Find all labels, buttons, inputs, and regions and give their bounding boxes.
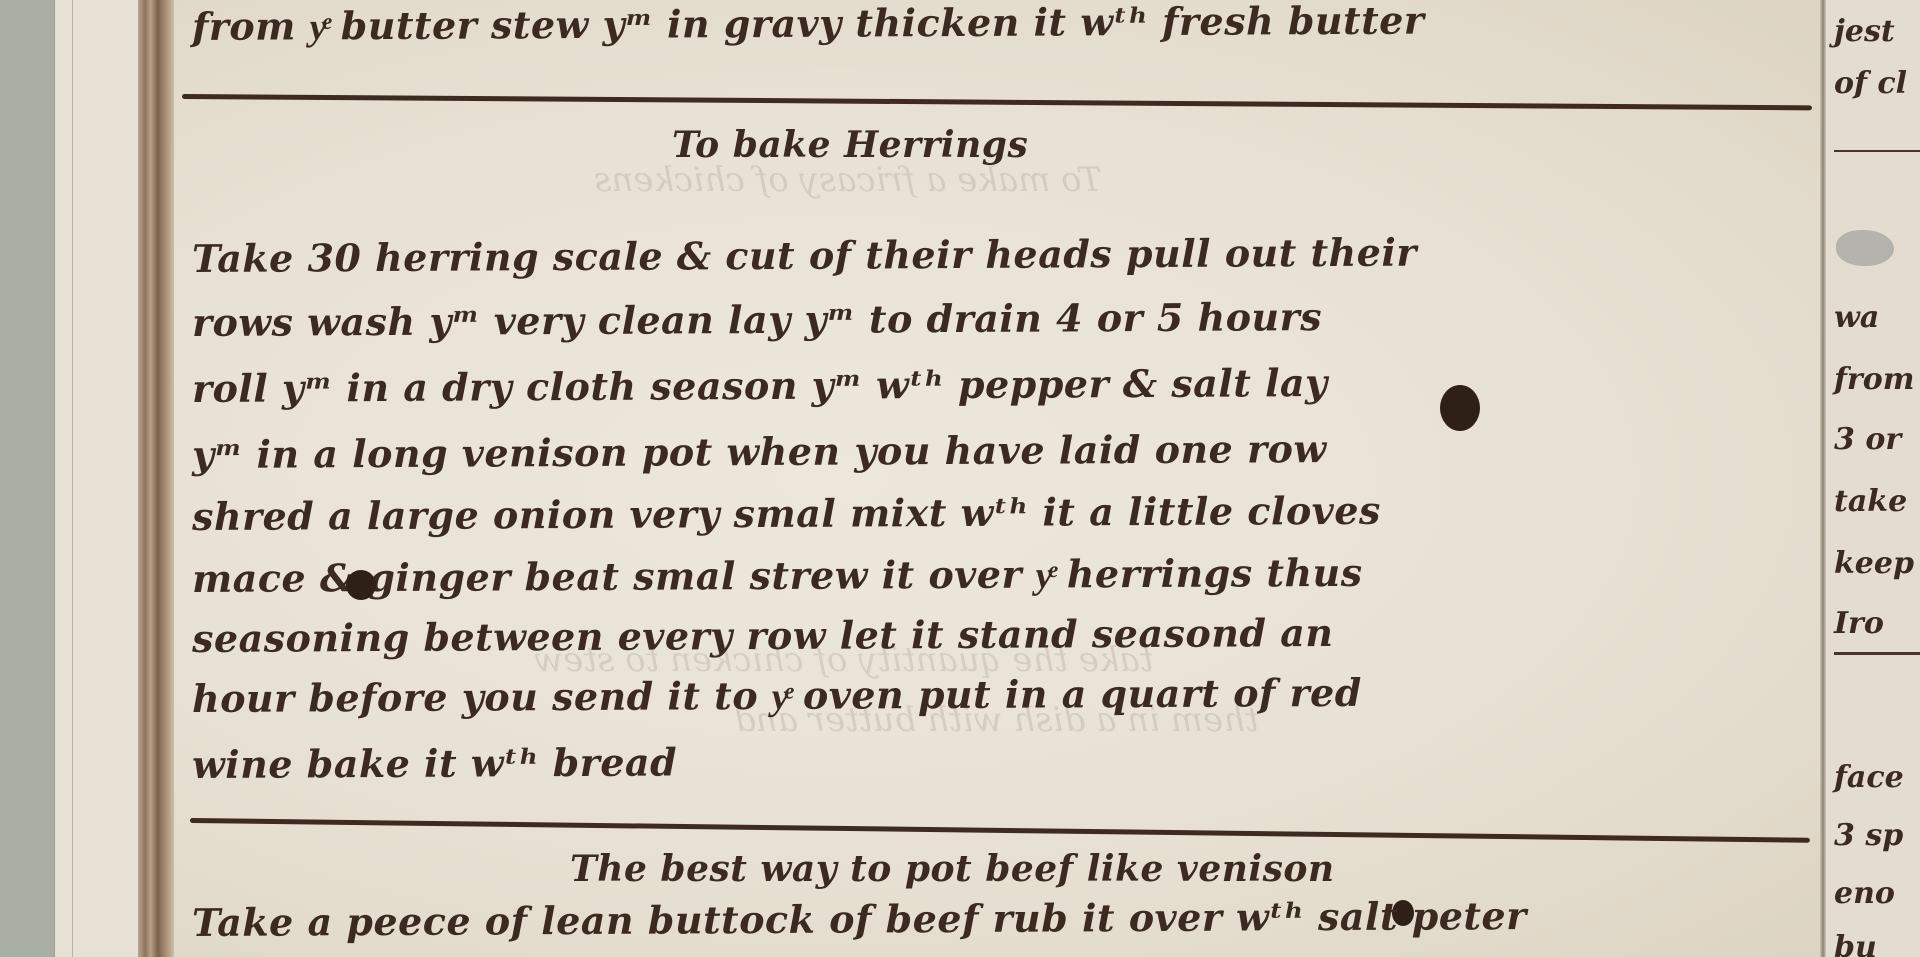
facing-page-margin: jest of cl wa from 3 or take keep Iro fa… <box>1826 0 1920 957</box>
recipe-line: roll yᵐ in a dry cloth season yᵐ wᵗʰ pep… <box>192 360 1328 411</box>
margin-divider <box>1834 150 1920 152</box>
recipe-line: hour before you send it to yͤ oven put i… <box>192 670 1362 722</box>
margin-line: keep <box>1834 546 1914 581</box>
ink-blot <box>1440 385 1480 431</box>
recipe-line: rows wash yᵐ very clean lay yᵐ to drain … <box>192 294 1322 345</box>
grey-stain <box>1836 230 1894 266</box>
page-binding-edge <box>138 0 174 957</box>
margin-line: wa <box>1834 300 1879 335</box>
recipe-line: Take 30 herring scale & cut of their hea… <box>192 230 1417 281</box>
grey-mount-background <box>0 0 54 957</box>
mount-board <box>54 0 139 957</box>
recipe-line: wine bake it wᵗʰ bread <box>192 739 677 787</box>
recipe-line: shred a large onion very smal mixt wᵗʰ i… <box>192 488 1381 539</box>
recipe-title-herrings: To bake Herrings <box>672 124 1028 166</box>
margin-line: take <box>1834 484 1907 519</box>
margin-line: from <box>1834 362 1914 397</box>
margin-heading: Iro <box>1834 606 1884 641</box>
margin-line: of cl <box>1834 66 1907 101</box>
recipe-title-beef: The best way to pot beef like venison <box>570 848 1335 890</box>
margin-line: 3 sp <box>1834 818 1903 853</box>
recipe-line: seasoning between every row let it stand… <box>192 610 1334 661</box>
margin-line: eno <box>1834 876 1895 911</box>
mount-rule-line <box>72 0 73 957</box>
previous-recipe-last-line: from yͤ butter stew yᵐ in gravy thicken … <box>192 0 1425 50</box>
margin-line: bu <box>1834 930 1877 957</box>
margin-divider <box>1834 652 1920 655</box>
ink-blot <box>346 570 376 600</box>
margin-line: 3 or <box>1834 422 1901 457</box>
margin-line: face <box>1834 760 1904 795</box>
recipe-line: yᵐ in a long venison pot when you have l… <box>192 426 1327 477</box>
show-through-text: To make a fricasy of chickens <box>594 160 1102 200</box>
recipe-line: Take a peece of lean buttock of beef rub… <box>192 893 1527 945</box>
margin-line: jest <box>1834 14 1895 49</box>
